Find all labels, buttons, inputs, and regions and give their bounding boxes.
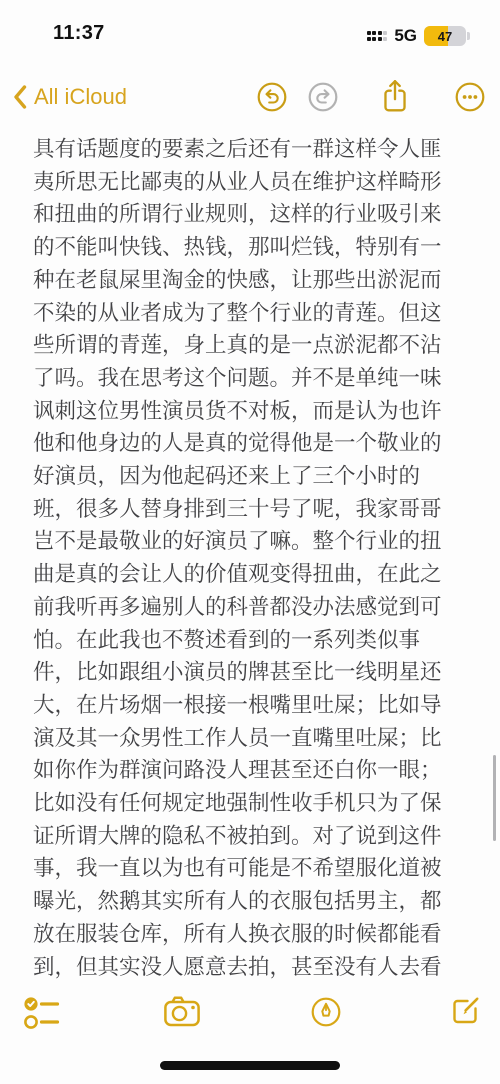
status-indicators: 5G 47 [367, 26, 470, 46]
notes-app-screen: 11:37 5G 47 All iCloud [0, 0, 500, 1084]
clock: 11:37 [53, 22, 105, 45]
camera-icon[interactable] [164, 995, 200, 1027]
compose-icon[interactable] [448, 994, 482, 1028]
cellular-signal-icon [367, 31, 388, 41]
back-button-label: All iCloud [34, 84, 127, 110]
battery-percent: 47 [424, 26, 466, 46]
note-editor[interactable]: 具有话题度的要素之后还有一群这样令人匪 夷所思无比鄙夷的从业人员在维护这样畸形 … [33, 133, 470, 984]
more-options-icon[interactable] [455, 82, 485, 112]
redo-icon[interactable] [308, 82, 338, 112]
checklist-icon[interactable] [24, 996, 60, 1030]
share-icon[interactable] [379, 78, 411, 114]
status-bar: 11:37 5G 47 [0, 0, 500, 62]
home-indicator[interactable] [160, 1061, 340, 1070]
nav-bar: All iCloud [0, 74, 500, 122]
back-button[interactable]: All iCloud [13, 74, 127, 120]
note-text: 具有话题度的要素之后还有一群这样令人匪 夷所思无比鄙夷的从业人员在维护这样畸形 … [33, 133, 470, 983]
markup-pen-icon[interactable] [311, 997, 341, 1027]
chevron-left-icon [13, 85, 27, 109]
network-type-label: 5G [394, 26, 417, 46]
scrollbar[interactable] [493, 755, 496, 841]
battery-icon: 47 [424, 26, 470, 46]
battery-nub [467, 32, 470, 40]
bottom-toolbar [0, 984, 500, 1084]
undo-icon[interactable] [257, 82, 287, 112]
